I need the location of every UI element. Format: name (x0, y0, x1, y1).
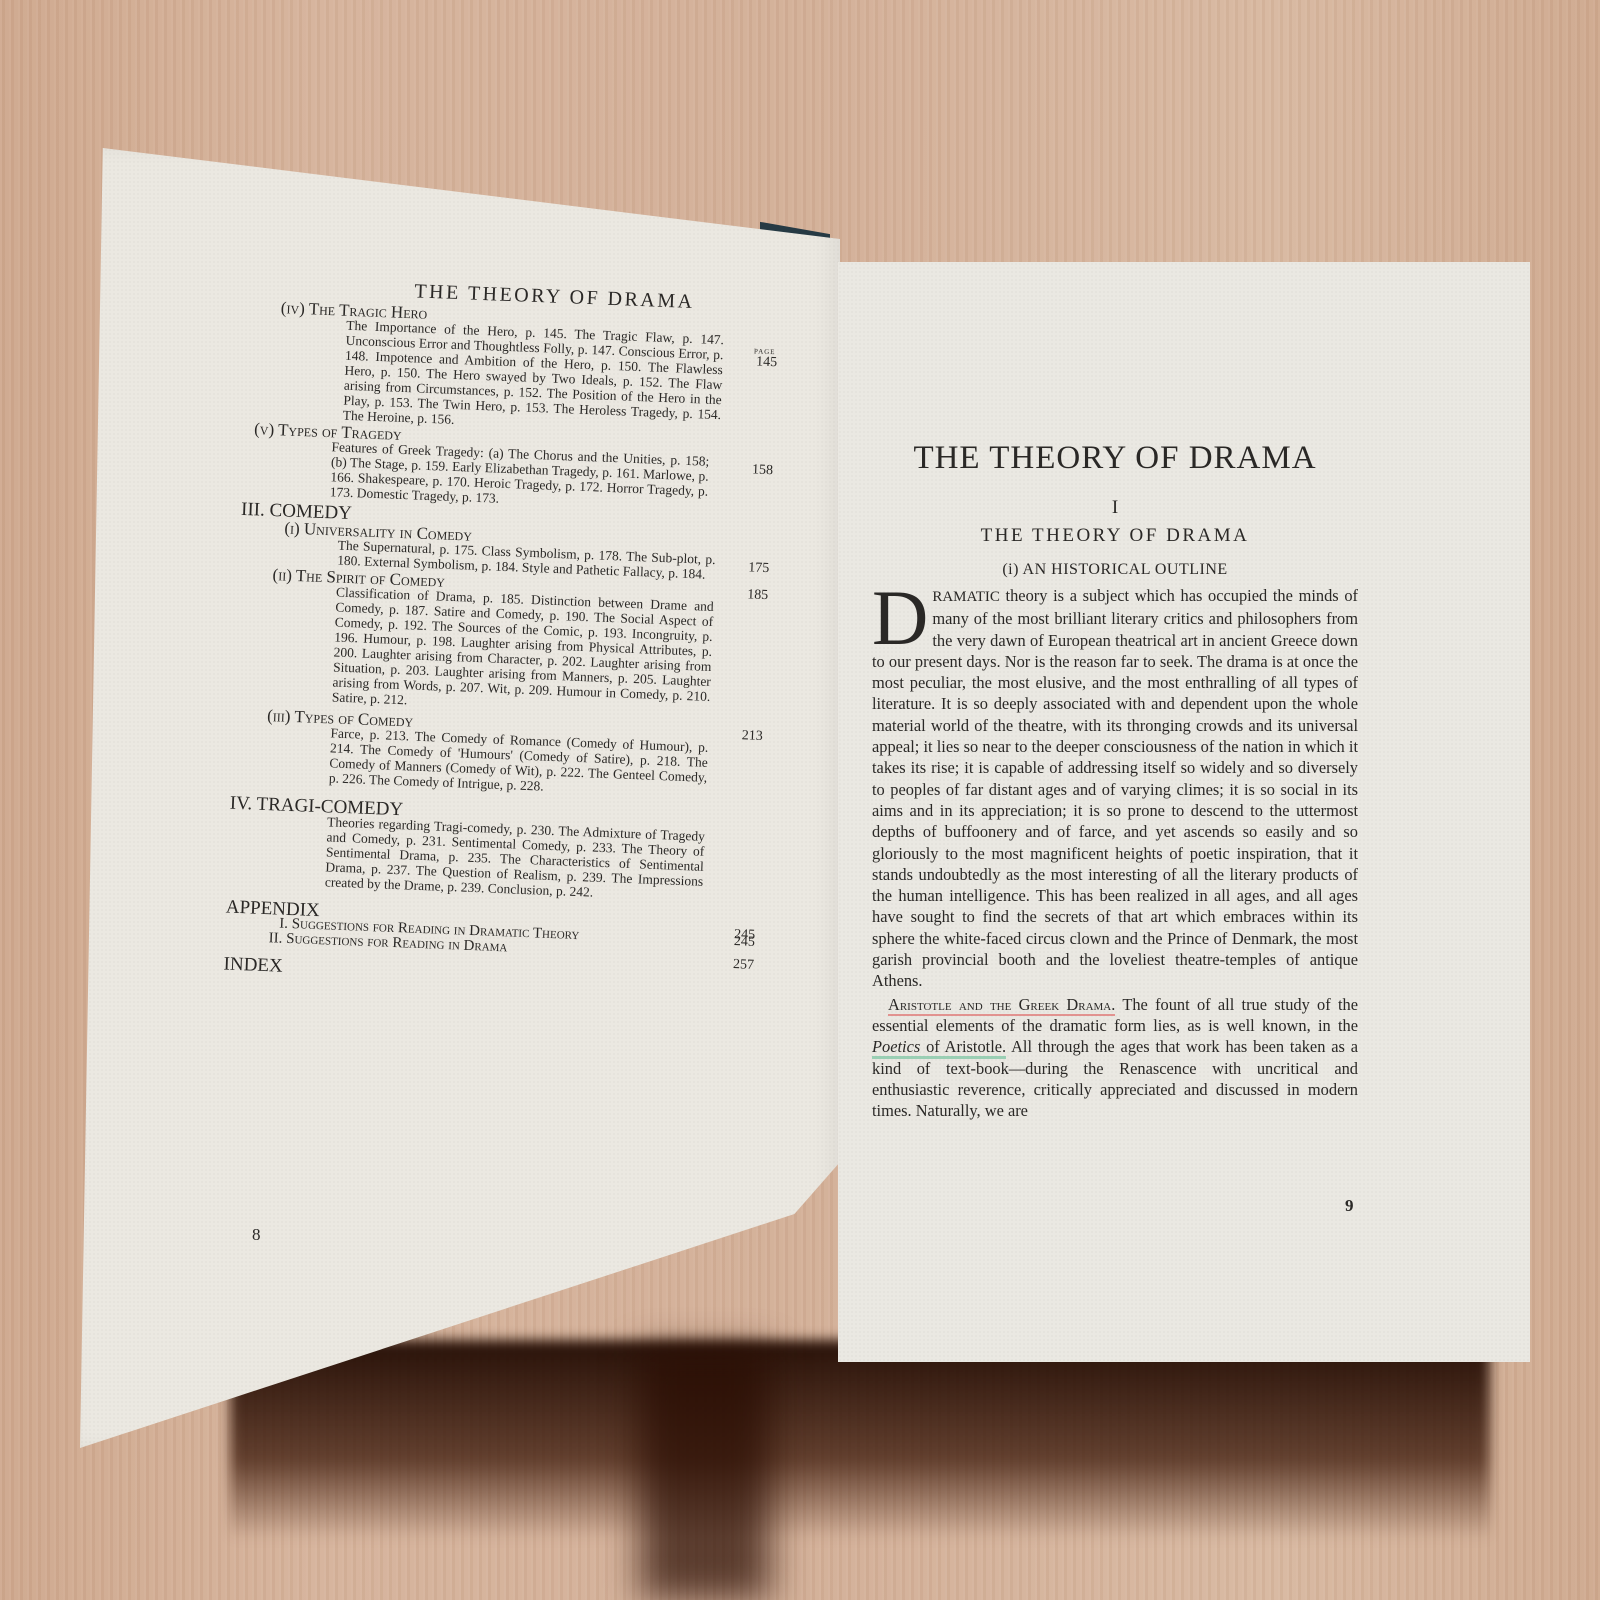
run-in-heading: Aristotle and the Greek Drama. (888, 995, 1115, 1016)
book-title: THE THEORY OF DRAMA (872, 440, 1358, 477)
toc-page-number: 213 (742, 728, 764, 744)
toc-page-number: 145 (756, 354, 778, 370)
toc-page-number: 245 (734, 934, 756, 950)
chapter-page: THE THEORY OF DRAMA I THE THEORY OF DRAM… (872, 440, 1358, 1121)
toc-page-number: 175 (748, 560, 770, 576)
paragraph-1: DRAMATIC theory is a subject which has o… (872, 585, 1358, 992)
lead-word: RAMATIC (932, 589, 1000, 605)
toc-section-body: Classification of Drama, p. 185. Distinc… (332, 585, 714, 719)
chapter-number: I (872, 497, 1358, 519)
contents-page: THE THEORY OF DRAMA (iv) The Tragic Hero… (223, 278, 779, 992)
chapter-title: THE THEORY OF DRAMA (872, 525, 1358, 547)
toc-page-number: 185 (747, 587, 769, 603)
section-title: (i) AN HISTORICAL OUTLINE (872, 561, 1358, 579)
toc-entry: (ii) The Spirit of Comedy 185 Classifica… (234, 566, 769, 721)
toc-section-body: The Importance of the Hero, p. 145. The … (343, 318, 725, 437)
drop-cap: D (872, 587, 928, 649)
book-shadow (230, 1340, 1490, 1540)
paragraph-2: Aristotle and the Greek Drama. The fount… (872, 994, 1358, 1122)
toc-entry: IV. TRAGI-COMEDY Theories regarding Trag… (227, 796, 760, 906)
highlighted-phrase: of Aristotle. (920, 1037, 1006, 1056)
page-number-right: 9 (1345, 1196, 1354, 1216)
page-number-left: 8 (252, 1225, 261, 1245)
toc-entry: (iii) Types of Comedy 213 Farce, p. 213.… (231, 707, 763, 802)
toc-section-body: Theories regarding Tragi-comedy, p. 230.… (325, 814, 706, 903)
toc-page-number: 257 (733, 957, 755, 973)
highlighted-text: Poetics of Aristotle. (872, 1037, 1006, 1059)
toc-page-number: 158 (752, 462, 774, 478)
paragraph-text: theory is a subject which has occupied t… (872, 586, 1358, 990)
toc-entry: (iv) The Tragic Hero PAGE 145 The Import… (245, 299, 779, 439)
book-shadow-spine (640, 1350, 770, 1600)
italic-title: Poetics (872, 1037, 920, 1056)
